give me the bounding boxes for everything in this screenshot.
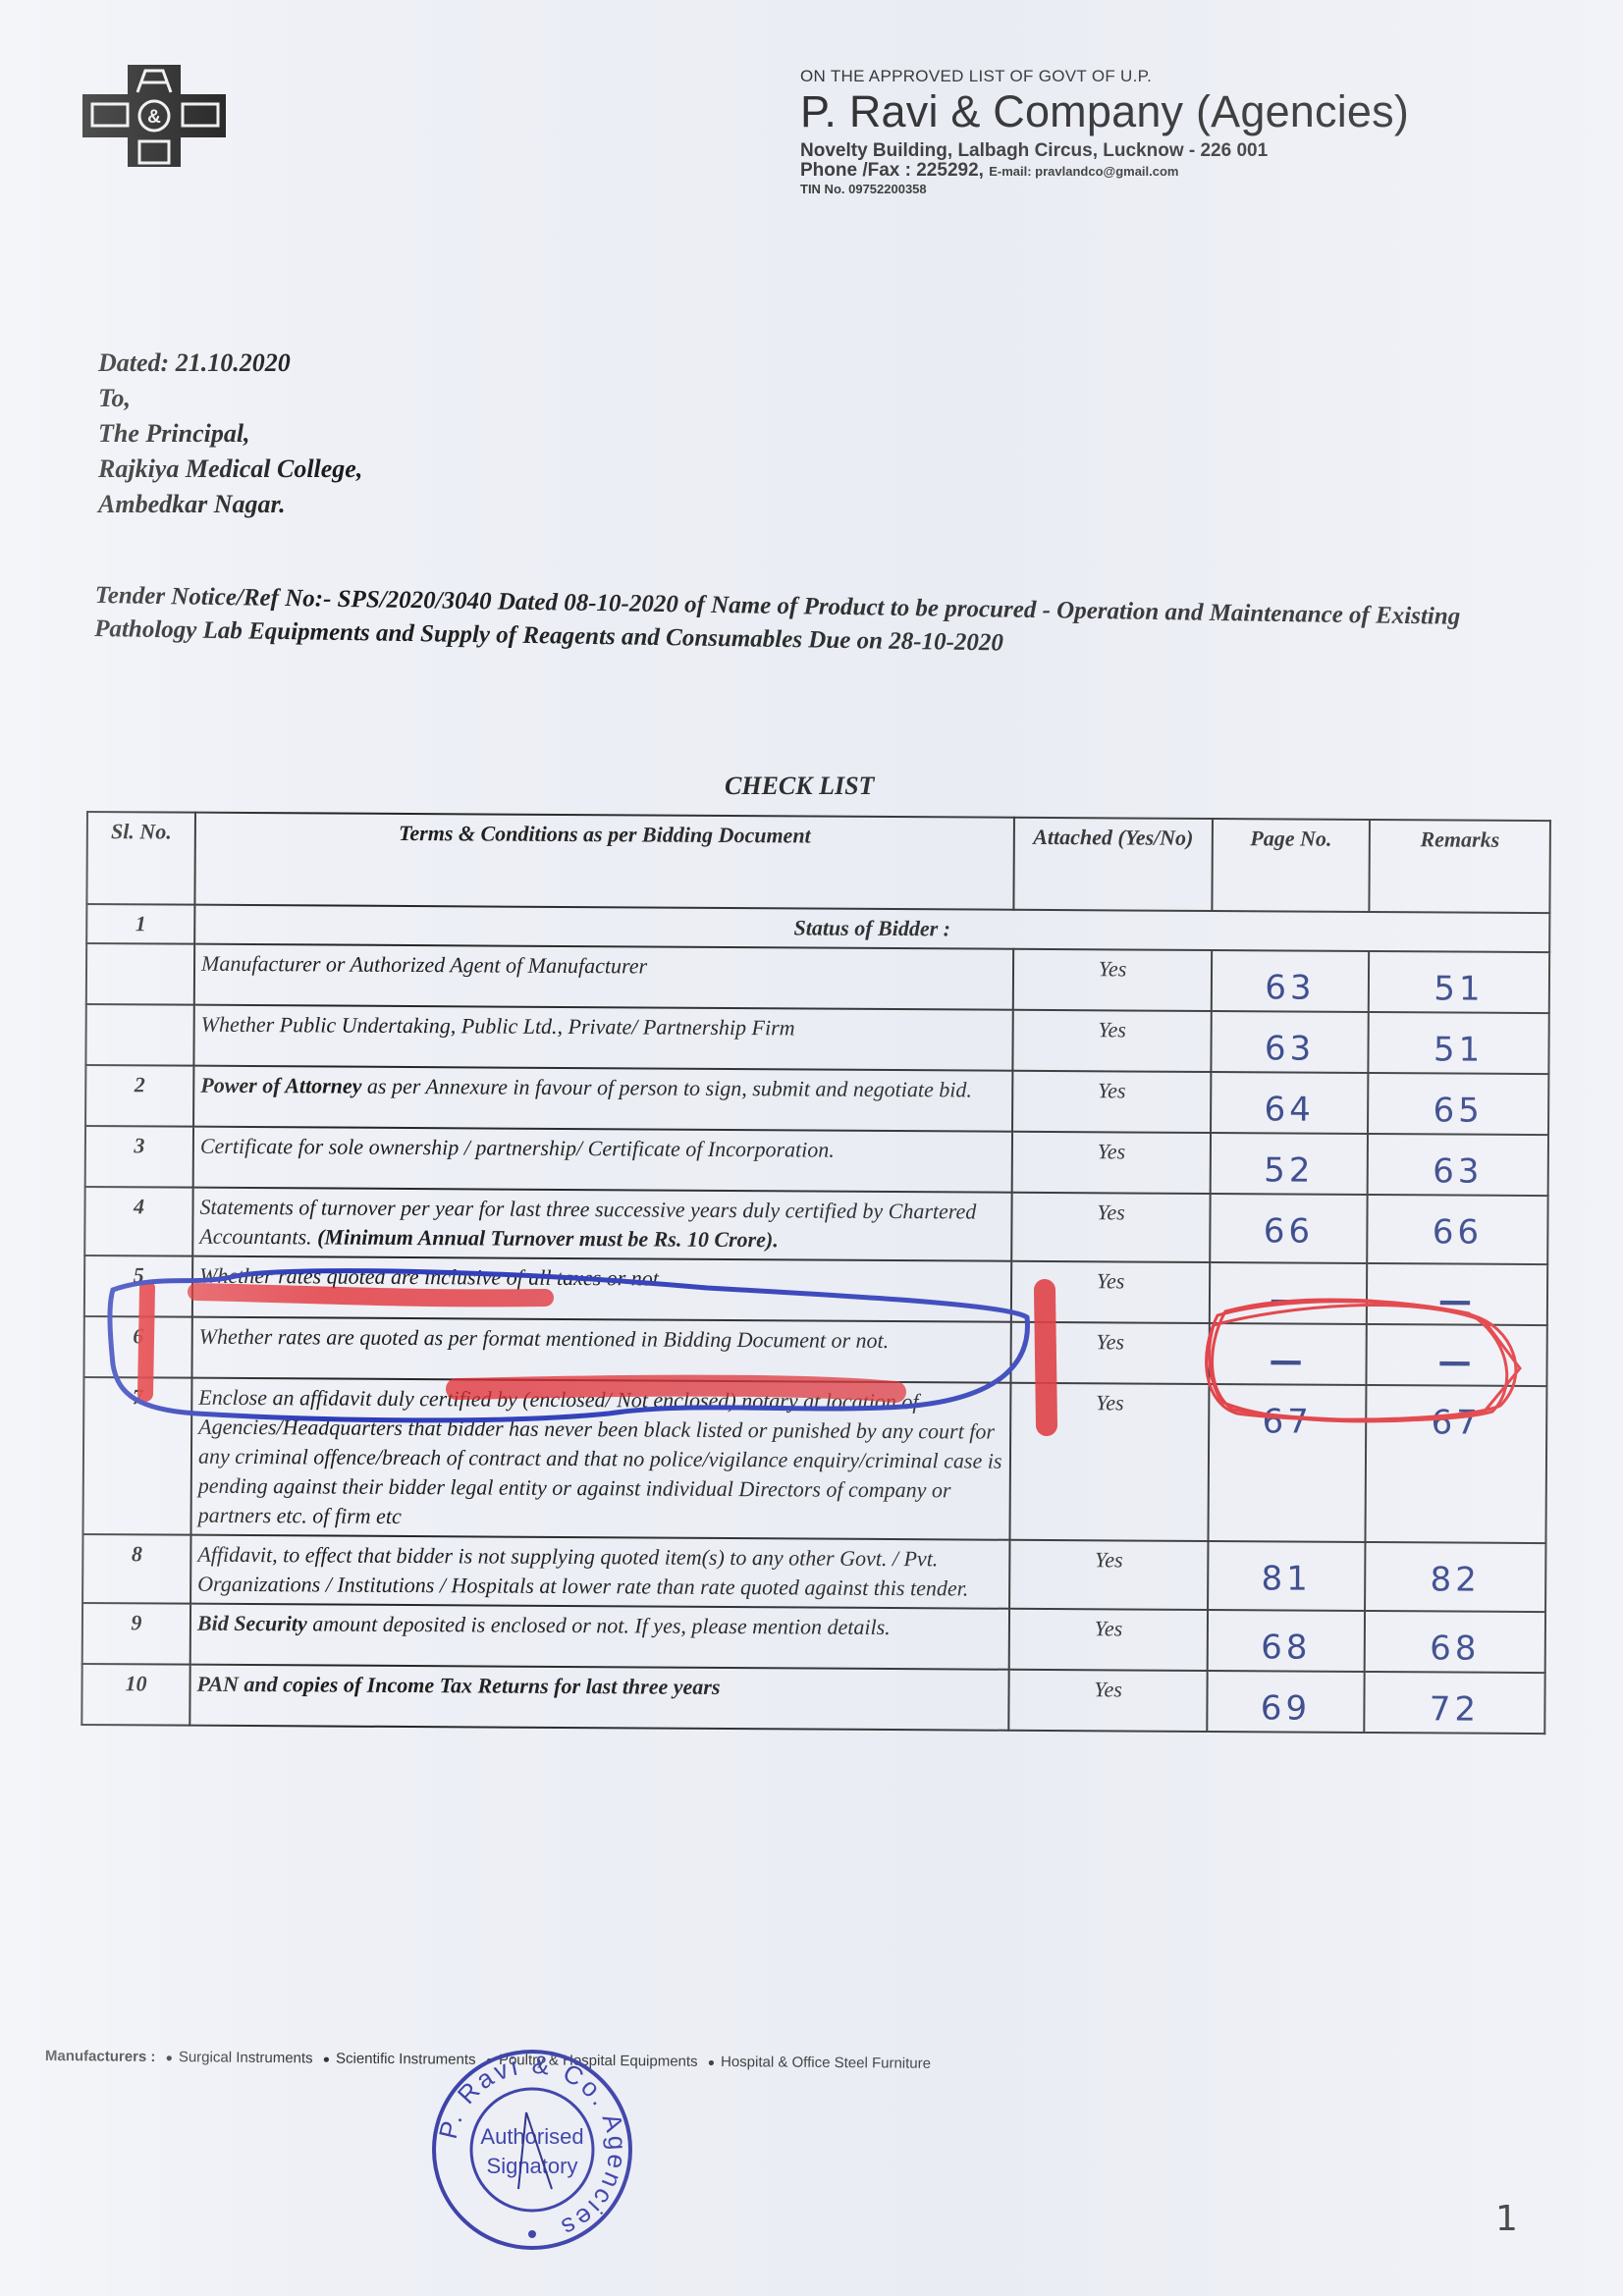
table-row: 7Enclose an affidavit duly certified by … bbox=[82, 1377, 1546, 1543]
handwritten-value: 66 bbox=[1433, 1217, 1483, 1247]
row-terms-text: amount deposited is enclosed or not. If … bbox=[307, 1611, 891, 1639]
row-sl-no: 10 bbox=[81, 1664, 189, 1726]
footer-item: Surgical Instruments bbox=[179, 2049, 313, 2066]
svg-text:&: & bbox=[147, 107, 161, 128]
row-terms-text: as per Annexure in favour of person to s… bbox=[361, 1074, 972, 1102]
row-attached: Yes bbox=[1008, 1670, 1207, 1732]
letterhead: ON THE APPROVED LIST OF GOVT OF U.P. P. … bbox=[800, 67, 1409, 197]
row-sl-no: 5 bbox=[84, 1255, 192, 1317]
authorised-signatory-stamp-icon: P. Ravi & Co. Agencies Authorised Signat… bbox=[424, 2042, 640, 2258]
row-remarks: 68 bbox=[1365, 1611, 1545, 1673]
row-terms: Statements of turnover per year for last… bbox=[192, 1188, 1011, 1261]
checklist-table-wrapper: Sl. No. Terms & Conditions as per Biddin… bbox=[81, 811, 1542, 1735]
header-terms: Terms & Conditions as per Bidding Docume… bbox=[194, 813, 1014, 910]
row-attached: Yes bbox=[1010, 1322, 1209, 1384]
row-terms: Bid Security amount deposited is enclose… bbox=[190, 1604, 1009, 1670]
bullet-icon: ● bbox=[708, 2056, 715, 2069]
footer-lead: Manufacturers : bbox=[45, 2048, 156, 2065]
handwritten-value: — bbox=[1270, 1346, 1307, 1375]
letter-date: Dated: 21.10.2020 bbox=[98, 346, 362, 381]
checklist-title: CHECK LIST bbox=[725, 772, 874, 801]
row-remarks: 51 bbox=[1368, 1012, 1548, 1074]
svg-text:Signatory: Signatory bbox=[487, 2154, 578, 2178]
row-page-no: 67 bbox=[1208, 1384, 1366, 1542]
approved-list-note: ON THE APPROVED LIST OF GOVT OF U.P. bbox=[800, 67, 1409, 86]
recipient-title: The Principal, bbox=[98, 416, 362, 452]
row-terms: Affidavit, to effect that bidder is not … bbox=[190, 1535, 1009, 1609]
handwritten-value: 67 bbox=[1262, 1407, 1312, 1436]
company-contact: Phone /Fax : 225292, E-mail: pravlandco@… bbox=[800, 161, 1409, 182]
tin-number: TIN No. 09752200358 bbox=[800, 182, 1409, 197]
row-page-no: 66 bbox=[1210, 1194, 1367, 1263]
row-page-no: 81 bbox=[1208, 1541, 1365, 1611]
row-page-no: 64 bbox=[1211, 1072, 1368, 1134]
handwritten-value: 66 bbox=[1264, 1216, 1314, 1246]
row-terms-lead: Power of Attorney bbox=[200, 1073, 361, 1098]
row-page-no: 63 bbox=[1211, 1011, 1368, 1073]
table-row: Whether Public Undertaking, Public Ltd.,… bbox=[85, 1004, 1548, 1074]
table-row: 3Certificate for sole ownership / partne… bbox=[85, 1126, 1548, 1196]
handwritten-value: 67 bbox=[1431, 1408, 1481, 1437]
row-remarks: 63 bbox=[1368, 1134, 1548, 1196]
row-attached: Yes bbox=[1011, 1261, 1210, 1323]
table-row: 8Affidavit, to effect that bidder is not… bbox=[82, 1534, 1545, 1612]
row-attached: Yes bbox=[1013, 949, 1212, 1011]
header-sl-no: Sl. No. bbox=[86, 812, 195, 905]
table-row: 10PAN and copies of Income Tax Returns f… bbox=[81, 1664, 1544, 1734]
row-remarks: 51 bbox=[1369, 951, 1549, 1013]
bullet-icon: ● bbox=[166, 2051, 173, 2064]
handwritten-value: 63 bbox=[1433, 1156, 1483, 1186]
row-attached: Yes bbox=[1009, 1383, 1209, 1541]
row-page-no: 68 bbox=[1208, 1610, 1365, 1672]
row-sl-no: 3 bbox=[85, 1126, 193, 1188]
row-remarks: — bbox=[1367, 1263, 1547, 1325]
row-page-no: — bbox=[1209, 1323, 1366, 1385]
row-terms-emphasis: (Minimum Annual Turnover must be Rs. 10 … bbox=[317, 1224, 779, 1252]
handwritten-value: 63 bbox=[1265, 973, 1315, 1002]
row-sl-no bbox=[86, 943, 194, 1005]
email: E-mail: pravlandco@gmail.com bbox=[989, 164, 1178, 179]
row-page-no: 69 bbox=[1207, 1671, 1364, 1733]
row-terms-text: Certificate for sole ownership / partner… bbox=[200, 1134, 835, 1162]
row-terms: Enclose an affidavit duly certified by (… bbox=[190, 1378, 1010, 1540]
row-remarks: 66 bbox=[1367, 1195, 1547, 1264]
row-terms-text: Whether rates are quoted as per format m… bbox=[199, 1324, 890, 1353]
row-terms-lead: PAN and copies of Income Tax Returns for… bbox=[196, 1672, 720, 1699]
handwritten-value: 69 bbox=[1261, 1693, 1311, 1723]
header-remarks: Remarks bbox=[1369, 820, 1550, 913]
recipient-location: Ambedkar Nagar. bbox=[98, 487, 362, 522]
phone-fax: Phone /Fax : 225292, bbox=[800, 160, 984, 181]
row-sl-no: 2 bbox=[85, 1065, 193, 1127]
row-terms-text: Whether Public Undertaking, Public Ltd.,… bbox=[201, 1012, 795, 1041]
table-row: Manufacturer or Authorized Agent of Manu… bbox=[86, 943, 1549, 1013]
row-sl-no: 7 bbox=[82, 1377, 191, 1535]
page-number: 1 bbox=[1495, 2199, 1518, 2239]
row-page-no: 52 bbox=[1211, 1133, 1368, 1195]
table-header-row: Sl. No. Terms & Conditions as per Biddin… bbox=[86, 812, 1550, 913]
header-attached: Attached (Yes/No) bbox=[1013, 818, 1213, 911]
handwritten-value: 81 bbox=[1262, 1564, 1312, 1593]
company-name: P. Ravi & Company (Agencies) bbox=[800, 88, 1409, 135]
row-attached: Yes bbox=[1012, 1132, 1211, 1194]
row-terms: Manufacturer or Authorized Agent of Manu… bbox=[194, 944, 1013, 1010]
handwritten-value: 64 bbox=[1264, 1095, 1314, 1124]
checklist-table: Sl. No. Terms & Conditions as per Biddin… bbox=[81, 811, 1551, 1735]
row-remarks: 65 bbox=[1368, 1073, 1548, 1135]
handwritten-value: 51 bbox=[1434, 1035, 1484, 1064]
row-terms: Whether Public Undertaking, Public Ltd.,… bbox=[193, 1005, 1012, 1071]
row-terms: Whether rates are quoted as per format m… bbox=[191, 1317, 1010, 1383]
table-row: 5Whether rates quoted are inclusive of a… bbox=[84, 1255, 1547, 1325]
header-page-no: Page No. bbox=[1212, 819, 1370, 912]
to-label: To, bbox=[98, 381, 362, 416]
footer-item: Hospital & Office Steel Furniture bbox=[721, 2054, 931, 2072]
row-terms: PAN and copies of Income Tax Returns for… bbox=[189, 1665, 1008, 1731]
row-terms-text: Manufacturer or Authorized Agent of Manu… bbox=[201, 951, 647, 979]
row-terms-lead: Bid Security bbox=[197, 1611, 307, 1636]
handwritten-value: 52 bbox=[1264, 1155, 1314, 1185]
row-terms-text: Enclose an affidavit duly certified by (… bbox=[198, 1385, 1002, 1528]
row-terms: Certificate for sole ownership / partner… bbox=[193, 1127, 1012, 1193]
table-row: 4Statements of turnover per year for las… bbox=[84, 1187, 1547, 1264]
row-sl-no bbox=[85, 1004, 193, 1066]
row-sl-no: 9 bbox=[82, 1603, 190, 1665]
row-terms: Whether rates quoted are inclusive of al… bbox=[192, 1256, 1011, 1322]
row-remarks: 72 bbox=[1364, 1672, 1544, 1734]
handwritten-value: 82 bbox=[1431, 1565, 1481, 1594]
table-row: 9Bid Security amount deposited is enclos… bbox=[82, 1603, 1545, 1673]
company-logo-cross-icon: & bbox=[81, 63, 228, 169]
handwritten-value: — bbox=[1270, 1285, 1307, 1314]
row-remarks: 67 bbox=[1365, 1385, 1546, 1543]
bullet-icon: ● bbox=[323, 2052, 330, 2065]
row-terms-text: Affidavit, to effect that bidder is not … bbox=[197, 1542, 968, 1601]
row-remarks: — bbox=[1366, 1324, 1546, 1386]
row-terms-text: Whether rates quoted are inclusive of al… bbox=[199, 1263, 664, 1291]
handwritten-value: — bbox=[1438, 1347, 1476, 1376]
section-sl: 1 bbox=[86, 904, 194, 944]
row-page-no: 63 bbox=[1212, 950, 1369, 1012]
handwritten-value: 68 bbox=[1430, 1633, 1480, 1663]
table-row: 2Power of Attorney as per Annexure in fa… bbox=[85, 1065, 1548, 1135]
addressee-block: Dated: 21.10.2020 To, The Principal, Raj… bbox=[98, 346, 362, 522]
row-remarks: 82 bbox=[1365, 1542, 1545, 1612]
row-terms: Power of Attorney as per Annexure in fav… bbox=[193, 1066, 1012, 1132]
handwritten-value: 72 bbox=[1430, 1694, 1480, 1724]
row-attached: Yes bbox=[1009, 1540, 1208, 1610]
handwritten-value: 65 bbox=[1433, 1095, 1483, 1125]
handwritten-value: 68 bbox=[1261, 1632, 1311, 1662]
handwritten-value: 63 bbox=[1265, 1034, 1315, 1063]
recipient-institution: Rajkiya Medical College, bbox=[98, 452, 362, 487]
tender-reference: Tender Notice/Ref No:- SPS/2020/3040 Dat… bbox=[94, 579, 1568, 669]
row-sl-no: 8 bbox=[82, 1534, 190, 1604]
handwritten-value: 51 bbox=[1434, 974, 1484, 1003]
row-sl-no: 4 bbox=[84, 1187, 192, 1256]
company-address: Novelty Building, Lalbagh Circus, Luckno… bbox=[800, 141, 1409, 161]
row-attached: Yes bbox=[1012, 1071, 1211, 1133]
row-page-no: — bbox=[1210, 1262, 1367, 1324]
row-attached: Yes bbox=[1012, 1010, 1211, 1072]
scanned-document-page: & ON THE APPROVED LIST OF GOVT OF U.P. P… bbox=[0, 0, 1623, 2296]
row-attached: Yes bbox=[1011, 1193, 1210, 1262]
row-sl-no: 6 bbox=[83, 1316, 191, 1378]
table-row: 6Whether rates are quoted as per format … bbox=[83, 1316, 1546, 1386]
handwritten-value: — bbox=[1438, 1286, 1476, 1315]
row-attached: Yes bbox=[1009, 1609, 1208, 1671]
